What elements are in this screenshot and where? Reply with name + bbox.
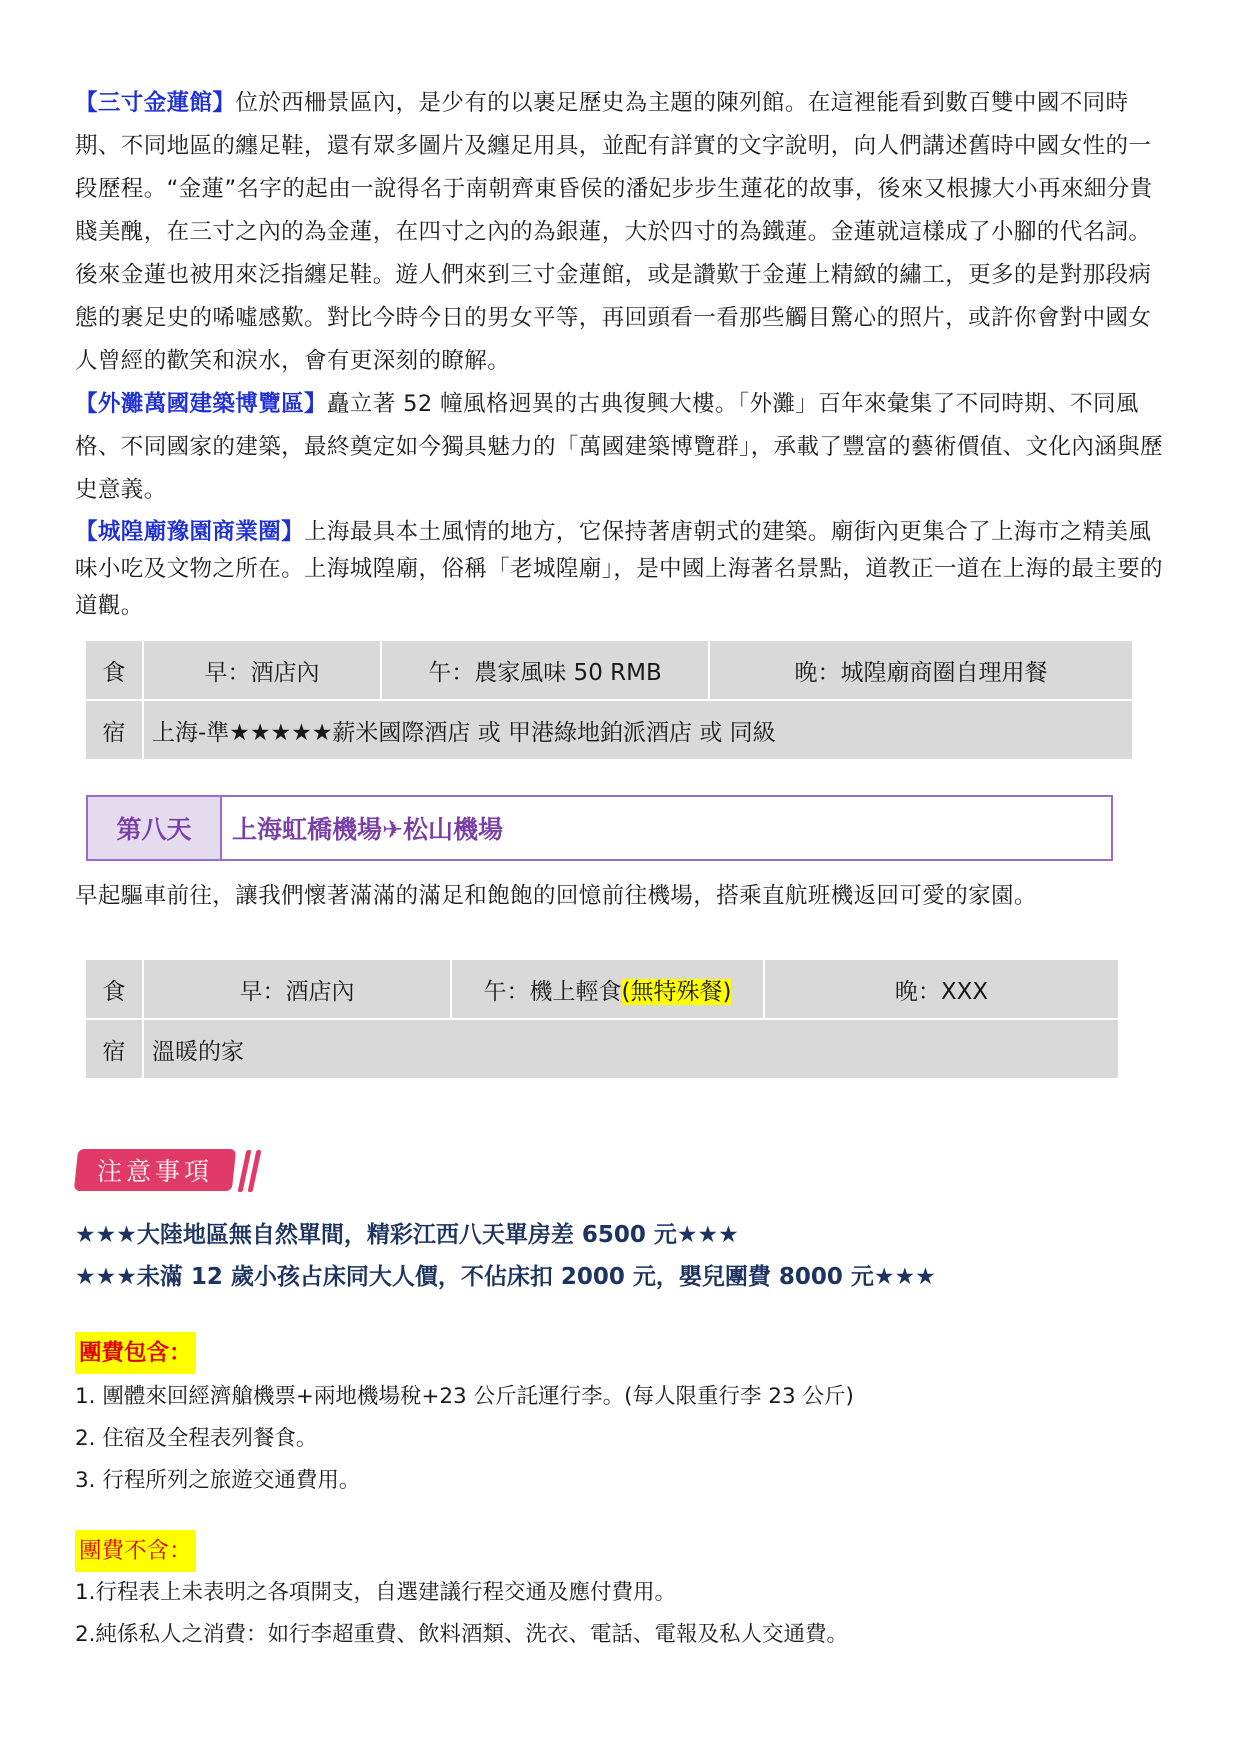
lunch-cell: 午：農家風味 50 RMB	[382, 641, 708, 699]
lunch-text: 午：機上輕食	[484, 979, 622, 1005]
highlight-child-price: ★★★未滿 12 歲小孩占床同大人價，不佔床扣 2000 元，嬰兒團費 8000…	[75, 1258, 936, 1291]
day8-description: 早起驅車前往，讓我們懷著滿滿的滿足和飽飽的回憶前往機場，搭乘直航班機返回可愛的家…	[75, 876, 1037, 916]
list-item: 2.純係私人之消費：如行李超重費、飲料酒類、洗衣、電話、電報及私人交通費。	[75, 1614, 848, 1656]
list-item: 3. 行程所列之旅遊交通費用。	[75, 1460, 854, 1502]
keyword-golden-lotus: 【三寸金蓮館】	[75, 90, 235, 116]
list-item: 1. 團體來回經濟艙機票+兩地機場稅+23 公斤託運行李。(每人限重行李 23 …	[75, 1376, 854, 1418]
breakfast-cell: 早：酒店內	[144, 641, 380, 699]
paragraph-yuyuan: 【城隍廟豫園商業圈】上海最具本土風情的地方，它保持著唐朝式的建築。廟街內更集合了…	[75, 514, 1165, 625]
day8-header: 第八天 上海虹橋機場✈松山機場	[86, 795, 1113, 861]
day8-meal-table: 食 早：酒店內 午：機上輕食(無特殊餐) 晚：XXX 宿 溫暖的家	[84, 958, 1120, 1080]
day-label: 第八天	[88, 797, 222, 859]
dinner-cell: 晚：XXX	[765, 960, 1118, 1018]
list-item: 2. 住宿及全程表列餐食。	[75, 1418, 854, 1460]
excludes-list: 1.行程表上未表明之各項開支，自選建議行程交通及應付費用。 2.純係私人之消費：…	[75, 1572, 848, 1656]
paragraph-text: 位於西柵景區內，是少有的以裹足歷史為主題的陳列館。在這裡能看到數百雙中國不同時期…	[75, 90, 1153, 374]
stay-row: 宿 上海-準★★★★★薪米國際酒店 或 甲港綠地鉑派酒店 或 同級	[86, 701, 1132, 759]
stay-row: 宿 溫暖的家	[86, 1020, 1118, 1078]
lunch-cell: 午：機上輕食(無特殊餐)	[452, 960, 763, 1018]
list-item: 1.行程表上未表明之各項開支，自選建議行程交通及應付費用。	[75, 1572, 848, 1614]
day-route: 上海虹橋機場✈松山機場	[222, 797, 503, 859]
includes-heading: 團費包含：	[75, 1332, 196, 1374]
breakfast-cell: 早：酒店內	[144, 960, 450, 1018]
includes-list: 1. 團體來回經濟艙機票+兩地機場稅+23 公斤託運行李。(每人限重行李 23 …	[75, 1376, 854, 1502]
highlight-single-room: ★★★大陸地區無自然單間，精彩江西八天單房差 6500 元★★★	[75, 1216, 739, 1249]
lunch-highlight: (無特殊餐)	[622, 979, 732, 1005]
meal-label: 食	[86, 641, 142, 699]
notes-title: 注意事項	[97, 1152, 213, 1188]
notes-title-badge: 注意事項	[74, 1149, 236, 1191]
keyword-bund: 【外灘萬國建築博覽區】	[75, 391, 327, 417]
paragraph-golden-lotus: 【三寸金蓮館】位於西柵景區內，是少有的以裹足歷史為主題的陳列館。在這裡能看到數百…	[75, 82, 1165, 383]
stay-cell: 上海-準★★★★★薪米國際酒店 或 甲港綠地鉑派酒店 或 同級	[144, 701, 1132, 759]
stay-cell: 溫暖的家	[144, 1020, 1118, 1078]
day7-meal-table: 食 早：酒店內 午：農家風味 50 RMB 晚：城隍廟商圈自理用餐 宿 上海-準…	[84, 639, 1134, 761]
stay-label: 宿	[86, 701, 142, 759]
meal-row: 食 早：酒店內 午：農家風味 50 RMB 晚：城隍廟商圈自理用餐	[86, 641, 1132, 699]
dinner-cell: 晚：城隍廟商圈自理用餐	[710, 641, 1132, 699]
meal-label: 食	[86, 960, 142, 1018]
meal-row: 食 早：酒店內 午：機上輕食(無特殊餐) 晚：XXX	[86, 960, 1118, 1018]
excludes-heading: 團費不含：	[75, 1530, 196, 1572]
paragraph-bund: 【外灘萬國建築博覽區】矗立著 52 幢風格迥異的古典復興大樓。「外灘」百年來彙集…	[75, 383, 1165, 512]
stay-label: 宿	[86, 1020, 142, 1078]
keyword-yuyuan: 【城隍廟豫園商業圈】	[75, 519, 304, 545]
